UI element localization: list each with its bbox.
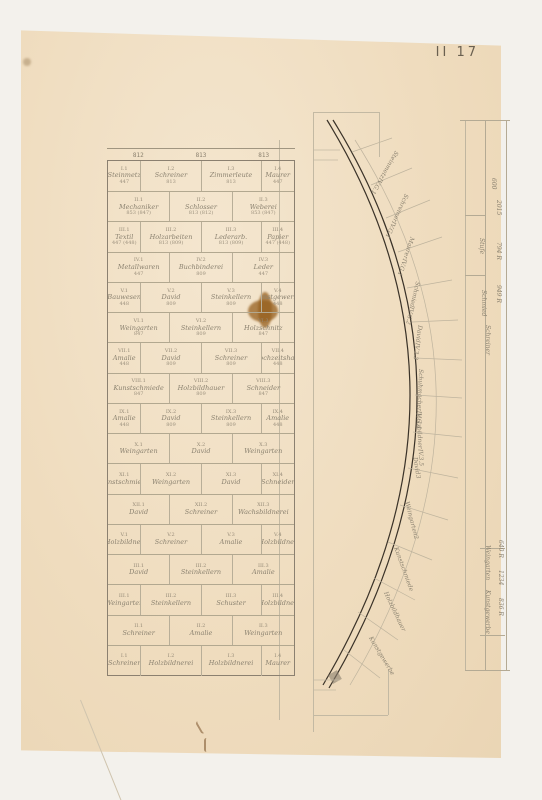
grid-cell: XI.4Schneider — [262, 464, 294, 494]
grid-cell: VIII.2Holzbildhauer809 — [170, 374, 232, 404]
cell-qty: 813 (809) — [159, 241, 184, 247]
grid-cell: II.1Schreiner — [108, 616, 170, 646]
scale-tick — [460, 120, 510, 121]
scale-tick — [480, 635, 505, 636]
grid-cell: II.3Weingarten — [233, 616, 294, 646]
grid-cell: III.4Papier447 (448) — [262, 222, 294, 252]
cell-name: Schuster — [216, 600, 245, 607]
scale-label: 1234 — [497, 570, 504, 585]
cell-qty: 448 — [119, 362, 129, 368]
grid-cell: XI.3David — [202, 464, 262, 494]
grid-row: X.1WeingartenX.2DavidX.3Weingarten — [108, 433, 294, 464]
cell-name: Schneider — [262, 479, 294, 486]
cell-qty: 809 — [226, 362, 236, 368]
cell-name: Weingarten — [244, 630, 282, 637]
cell-qty: 447 — [119, 180, 129, 186]
grid-cell: VII.3Schreiner809 — [202, 343, 262, 373]
cell-name: Holzbildner — [262, 539, 294, 546]
cell-qty: 447 (448) — [265, 241, 290, 247]
cell-name: Amalie — [190, 630, 213, 637]
cell-qty: 447 — [273, 180, 283, 186]
cell-qty: 447 (448) — [112, 241, 137, 247]
grid-row: I.1SchreinerI.2HolzbildnereiI.3Holzbildn… — [108, 645, 294, 676]
grid-row: III.1DavidIII.2SteinkellernIII.3Amalie — [108, 554, 294, 585]
grid-cell: II.2Schlosser813 (812) — [170, 192, 232, 222]
grid-cell: I.3Zimmerleute813 — [202, 161, 262, 191]
cell-qty: 813 (812) — [189, 211, 214, 217]
grid-row: III.1WeingartenIII.2SteinkellernIII.3Sch… — [108, 584, 294, 615]
scale-label: Stufe — [478, 238, 485, 254]
grid-cell: III.2Steinkellern — [141, 585, 201, 615]
cell-qty: 813 — [226, 180, 236, 186]
cell-qty: 809 — [166, 362, 176, 368]
cell-qty: 809 — [226, 302, 236, 308]
grid-row: VII.1Amalie448VII.2David809VII.3Schreine… — [108, 342, 294, 373]
grid-cell: VII.1Amalie448 — [108, 343, 141, 373]
cell-name: Weingarten — [108, 600, 141, 607]
cell-name: Weingarten — [244, 448, 282, 455]
grid-cell: XII.1David — [108, 495, 170, 525]
grid-row: IX.1Amalie448IX.2David809IX.3Steinkeller… — [108, 403, 294, 434]
scale-label: 600 — [490, 178, 497, 189]
grid-cell: VI.2Steinkellern809 — [170, 313, 232, 343]
grid-cell: III.1Weingarten — [108, 585, 141, 615]
grid-cell: X.2David — [170, 434, 232, 464]
scale-label: 949 R — [495, 285, 502, 303]
grid-row: VI.1Weingarten847VI.2Steinkellern809VI.3… — [108, 312, 294, 343]
cell-qty: 809 — [226, 423, 236, 429]
guide-line — [379, 112, 380, 157]
grid-cell: I.2Schreiner813 — [141, 161, 201, 191]
cell-qty: 813 (809) — [219, 241, 244, 247]
grid-row: XI.1KunstschmiedeXI.2WeingartenXI.3David… — [108, 463, 294, 494]
grid-cell: I.1Schreiner — [108, 646, 141, 676]
cell-name: Steinkellern — [151, 600, 191, 607]
cell-qty: 847 — [134, 392, 144, 398]
grid-cell: XII.2Schreiner — [170, 495, 232, 525]
grid-cell: VIII.1Kunstschmiede847 — [108, 374, 170, 404]
grid-cell: V.1Bauwesen448 — [108, 283, 141, 313]
grid-cell: IX.4Amalie448 — [262, 404, 294, 434]
cell-qty: 853 (847) — [251, 211, 276, 217]
grid-cell: III.2Steinkellern — [170, 555, 232, 585]
grid-cell: XII.3Wachsbildnerei — [233, 495, 294, 525]
grid-cell: II.2Amalie — [170, 616, 232, 646]
grid-cell: III.3Schuster — [202, 585, 262, 615]
scale-column-name: Weingarten — [484, 545, 491, 580]
cell-name: Steinkellern — [181, 569, 221, 576]
grid-cell: III.2Holzarbeiten813 (809) — [141, 222, 201, 252]
guide-line — [313, 112, 379, 113]
cell-qty: 809 — [196, 392, 206, 398]
cell-name: Weingarten — [120, 448, 158, 455]
grid-row: I.1Steinmetz447I.2Schreiner813I.3Zimmerl… — [108, 161, 294, 191]
scale-tick — [465, 275, 485, 276]
grid-cell: V.3Steinkellern809 — [202, 283, 262, 313]
grid-row: III.1Textil447 (448)III.2Holzarbeiten813… — [108, 221, 294, 252]
dimension-label: 812 — [133, 152, 144, 159]
grid-cell: VII.2David809 — [141, 343, 201, 373]
cell-name: Holzbildner — [262, 600, 294, 607]
segment-name: Holzbildner — [414, 413, 423, 449]
cell-qty: 847 — [259, 392, 269, 398]
grid-cell: I.1Steinmetz447 — [108, 161, 141, 191]
cell-name: David — [222, 479, 241, 486]
cell-qty: 809 — [166, 302, 176, 308]
grid-cell: V.2David809 — [141, 283, 201, 313]
grid-cell: IX.2David809 — [141, 404, 201, 434]
scale-column-name: Kunstgewerbe — [484, 590, 491, 634]
cell-qty: 853 (847) — [126, 211, 151, 217]
grid-cell: V.3Amalie — [202, 525, 262, 555]
ink-stain — [23, 58, 31, 66]
grid-cell: II.1Mechaniker853 (847) — [108, 192, 170, 222]
grid-row: V.1HolzbildnerV.2SchreinerV.3AmalieV.4Ho… — [108, 524, 294, 555]
grid-row: V.1Bauwesen448V.2David809V.3Steinkellern… — [108, 282, 294, 313]
grid-row: XII.1DavidXII.2SchreinerXII.3Wachsbildne… — [108, 494, 294, 525]
cell-qty: 447 — [259, 272, 269, 278]
cell-name: Kunstschmiede — [108, 479, 141, 486]
grid-cell: V.4Holzbildner — [262, 525, 294, 555]
cell-qty: 847 — [259, 332, 269, 338]
cell-name: Amalie — [220, 539, 243, 546]
cell-name: Holzbildnerei — [149, 660, 194, 667]
cell-qty: 448 — [119, 302, 129, 308]
grid-cell: XI.2Weingarten — [141, 464, 201, 494]
grid-row: VIII.1Kunstschmiede847VIII.2Holzbildhaue… — [108, 373, 294, 404]
sheet-number: II 17 — [436, 45, 479, 60]
grid-cell: IV.3Leder447 — [233, 253, 294, 283]
cell-qty: 447 — [134, 272, 144, 278]
scale-label: 640 R — [497, 540, 504, 558]
dimension-label: 813 — [258, 152, 269, 159]
grid-cell: III.3Lederarb.813 (809) — [202, 222, 262, 252]
cell-qty: 847 — [134, 332, 144, 338]
grid-cell: XI.1Kunstschmiede — [108, 464, 141, 494]
cell-name: Maurer — [265, 660, 290, 667]
grid-cell: VIII.3Schneider847 — [233, 374, 294, 404]
grid-row: II.1Mechaniker853 (847)II.2Schlosser813 … — [108, 191, 294, 222]
scale-column-name: Schreiner — [484, 325, 491, 355]
scale-tick — [465, 215, 485, 216]
scale-label: 2015 — [495, 200, 502, 215]
grid-cell: X.3Weingarten — [233, 434, 294, 464]
grid-cell: VII.4Hochzeitshaus448 — [262, 343, 294, 373]
cell-name: Schreiner — [122, 630, 154, 637]
cell-name: Schreiner — [108, 660, 140, 667]
scale-tick — [465, 670, 510, 671]
grid-cell: V.4Kunstgewerbe448 — [262, 283, 294, 313]
cell-name: Holzbildnerei — [209, 660, 254, 667]
cell-qty: 448 — [273, 362, 283, 368]
scale-label: 836 R — [497, 598, 504, 616]
grid-cell: I.4Maurer — [262, 646, 294, 676]
smudge-mark — [204, 738, 209, 752]
cell-name: Schreiner — [155, 539, 187, 546]
cell-name: David — [129, 569, 148, 576]
cell-qty: 809 — [196, 272, 206, 278]
grid-cell: I.3Holzbildnerei — [202, 646, 262, 676]
scale-label: Schmied — [480, 290, 487, 316]
grid-cell: IV.2Buchbinderei809 — [170, 253, 232, 283]
cell-name: Schreiner — [185, 509, 217, 516]
grid-cell: I.4Maurer447 — [262, 161, 294, 191]
grid-cell: IX.3Steinkellern809 — [202, 404, 262, 434]
grid-row: IV.1Metallwaren447IV.2Buchbinderei809IV.… — [108, 252, 294, 283]
cell-name: Holzbildner — [108, 539, 141, 546]
guide-line — [313, 715, 388, 716]
grid-cell: V.1Holzbildner — [108, 525, 141, 555]
seating-grid: I.1Steinmetz447I.2Schreiner813I.3Zimmerl… — [107, 160, 295, 676]
cell-qty: 809 — [196, 332, 206, 338]
segment-name: Schuhmacher — [415, 369, 424, 411]
right-scale-inner — [465, 120, 486, 670]
dimension-label: 813 — [196, 152, 207, 159]
cell-name: Weingarten — [152, 479, 190, 486]
cell-qty: 448 — [119, 423, 129, 429]
grid-cell: III.1Textil447 (448) — [108, 222, 141, 252]
grid-cell: III.1David — [108, 555, 170, 585]
grid-cell: X.1Weingarten — [108, 434, 170, 464]
cell-qty: 448 — [273, 302, 283, 308]
grid-cell: IX.1Amalie448 — [108, 404, 141, 434]
grid-cell: I.2Holzbildnerei — [141, 646, 201, 676]
cell-name: David — [191, 448, 210, 455]
cell-qty: 809 — [166, 423, 176, 429]
cell-name: Amalie — [252, 569, 275, 576]
grid-cell: IV.1Metallwaren447 — [108, 253, 170, 283]
grid-row: II.1SchreinerII.2AmalieII.3Weingarten — [108, 615, 294, 646]
grid-cell: VI.3Holzschnitz847 — [233, 313, 294, 343]
grid-cell: II.3Weberei853 (847) — [233, 192, 294, 222]
grid-cell: III.4Holzbildner — [262, 585, 294, 615]
grid-cell: V.2Schreiner — [141, 525, 201, 555]
grid-cell: III.3Amalie — [233, 555, 294, 585]
guide-line — [388, 670, 389, 715]
grid-cell: VI.1Weingarten847 — [108, 313, 170, 343]
scale-label: 794 R — [495, 242, 502, 260]
cell-qty: 448 — [273, 423, 283, 429]
guide-line — [313, 112, 314, 732]
cell-name: Wachsbildnerei — [238, 509, 289, 516]
cell-qty: 813 — [166, 180, 176, 186]
cell-name: David — [129, 509, 148, 516]
